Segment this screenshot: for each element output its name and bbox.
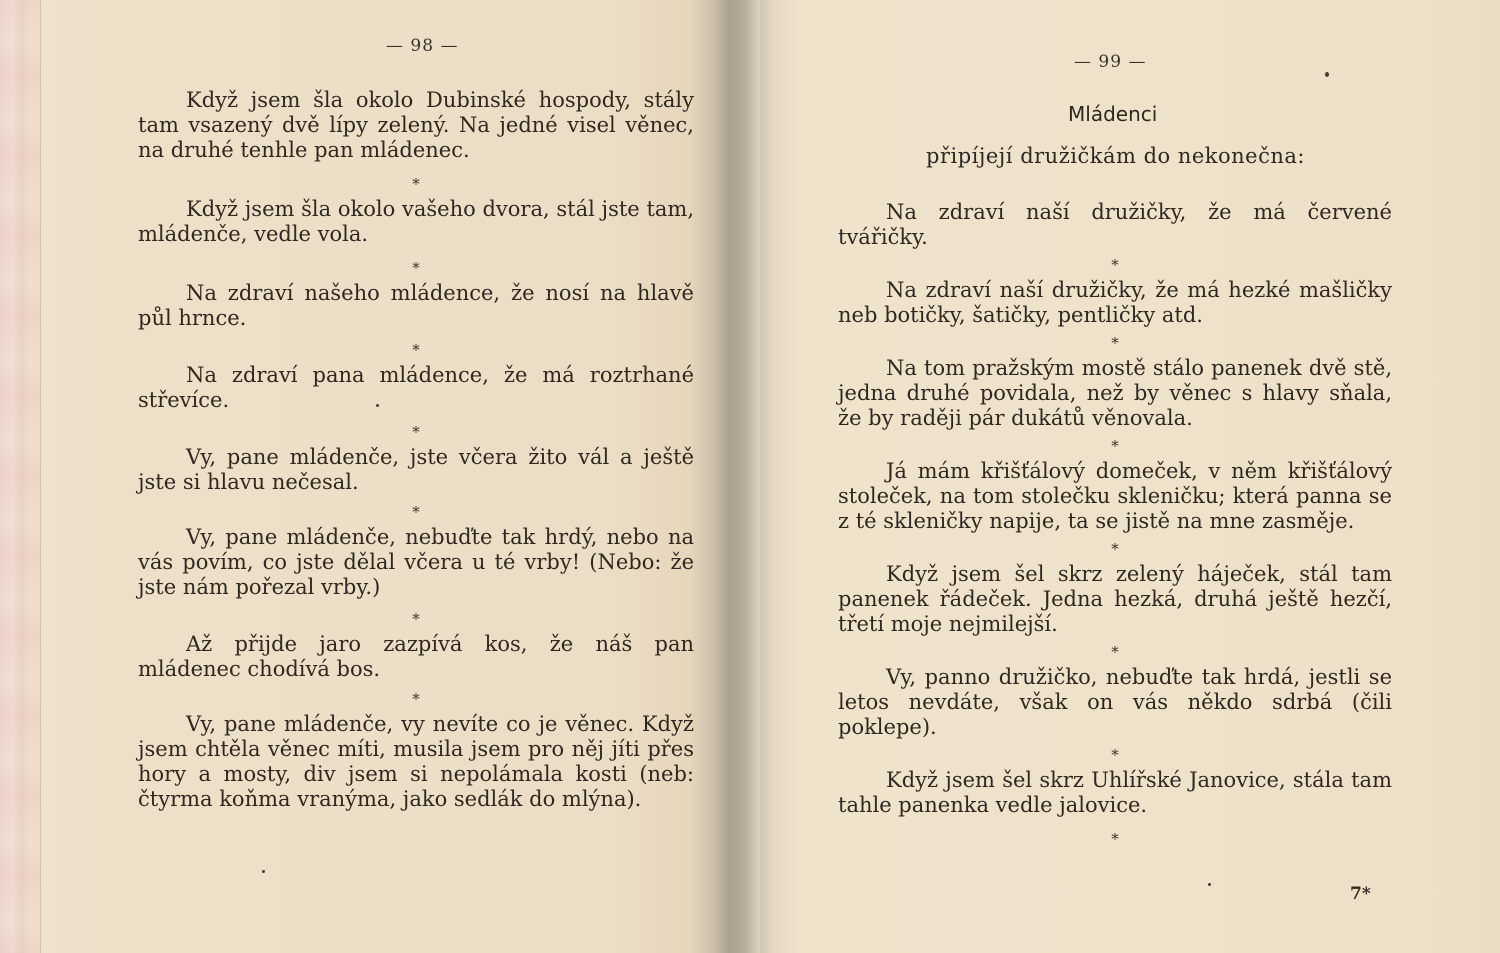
- paragraph: Když jsem šel skrz zelený háječek, stál …: [838, 562, 1392, 637]
- separator-asterisk: *: [838, 826, 1392, 852]
- left-page: — 98 — Když jsem šla okolo Dubinské hosp…: [0, 0, 760, 953]
- left-page-text: Když jsem šla okolo Dubinské hospody, st…: [138, 88, 694, 812]
- separator-asterisk: *: [838, 433, 1392, 459]
- paragraph: Vy, pane mládenče, vy nevíte co je věnec…: [138, 712, 694, 812]
- separator-asterisk: *: [138, 255, 694, 281]
- separator-asterisk: *: [138, 686, 694, 712]
- separator-asterisk: *: [138, 606, 694, 632]
- page-number-left: — 98 —: [386, 36, 458, 56]
- paper-speck: [1325, 72, 1329, 77]
- separator-asterisk: *: [838, 639, 1392, 665]
- paragraph: Když jsem šla okolo vašeho dvora, stál j…: [138, 197, 694, 247]
- paragraph: Vy, panno družičko, nebuďte tak hrdá, je…: [838, 665, 1392, 740]
- paper-speck: [262, 870, 265, 873]
- paragraph: Na zdraví pana mládence, že má roztrhané…: [138, 363, 694, 413]
- paragraph: Když jsem šel skrz Uhlířské Janovice, st…: [838, 768, 1392, 818]
- page-edge: [0, 0, 41, 953]
- separator-asterisk: *: [838, 536, 1392, 562]
- separator-asterisk: *: [838, 252, 1392, 278]
- paragraph: Až přijde jaro zazpívá kos, že náš pan m…: [138, 632, 694, 682]
- paragraph: Vy, pane mládenče, jste včera žito vál a…: [138, 445, 694, 495]
- page-number-right: — 99 —: [1074, 52, 1146, 72]
- paper-speck: [376, 404, 379, 407]
- separator-asterisk: *: [138, 171, 694, 197]
- paragraph: Na zdraví naší družičky, že má hezké maš…: [838, 278, 1392, 328]
- printer-signature-mark: 7*: [1350, 884, 1371, 904]
- paragraph: Když jsem šla okolo Dubinské hospody, st…: [138, 88, 694, 163]
- book-spread: — 98 — Když jsem šla okolo Dubinské hosp…: [0, 0, 1500, 953]
- separator-asterisk: *: [138, 337, 694, 363]
- section-heading: Mládenci: [1068, 102, 1157, 126]
- paragraph: Na zdraví naší družičky, že má červené t…: [838, 200, 1392, 250]
- right-page: — 99 — Mládenci připíjejí družičkám do n…: [760, 0, 1500, 953]
- paragraph: Vy, pane mládenče, nebuďte tak hrdý, neb…: [138, 525, 694, 600]
- right-page-text: Na zdraví naší družičky, že má červené t…: [838, 200, 1392, 852]
- separator-asterisk: *: [838, 742, 1392, 768]
- separator-asterisk: *: [838, 330, 1392, 356]
- paragraph: Na zdraví našeho mládence, že nosí na hl…: [138, 281, 694, 331]
- paragraph: Na tom pražským mostě stálo panenek dvě …: [838, 356, 1392, 431]
- section-subheading: připíjejí družičkám do nekonečna:: [926, 144, 1305, 168]
- paper-speck: [1208, 883, 1211, 886]
- paragraph: Já mám křišťálový domeček, v něm křišťál…: [838, 459, 1392, 534]
- separator-asterisk: *: [138, 499, 694, 525]
- separator-asterisk: *: [138, 419, 694, 445]
